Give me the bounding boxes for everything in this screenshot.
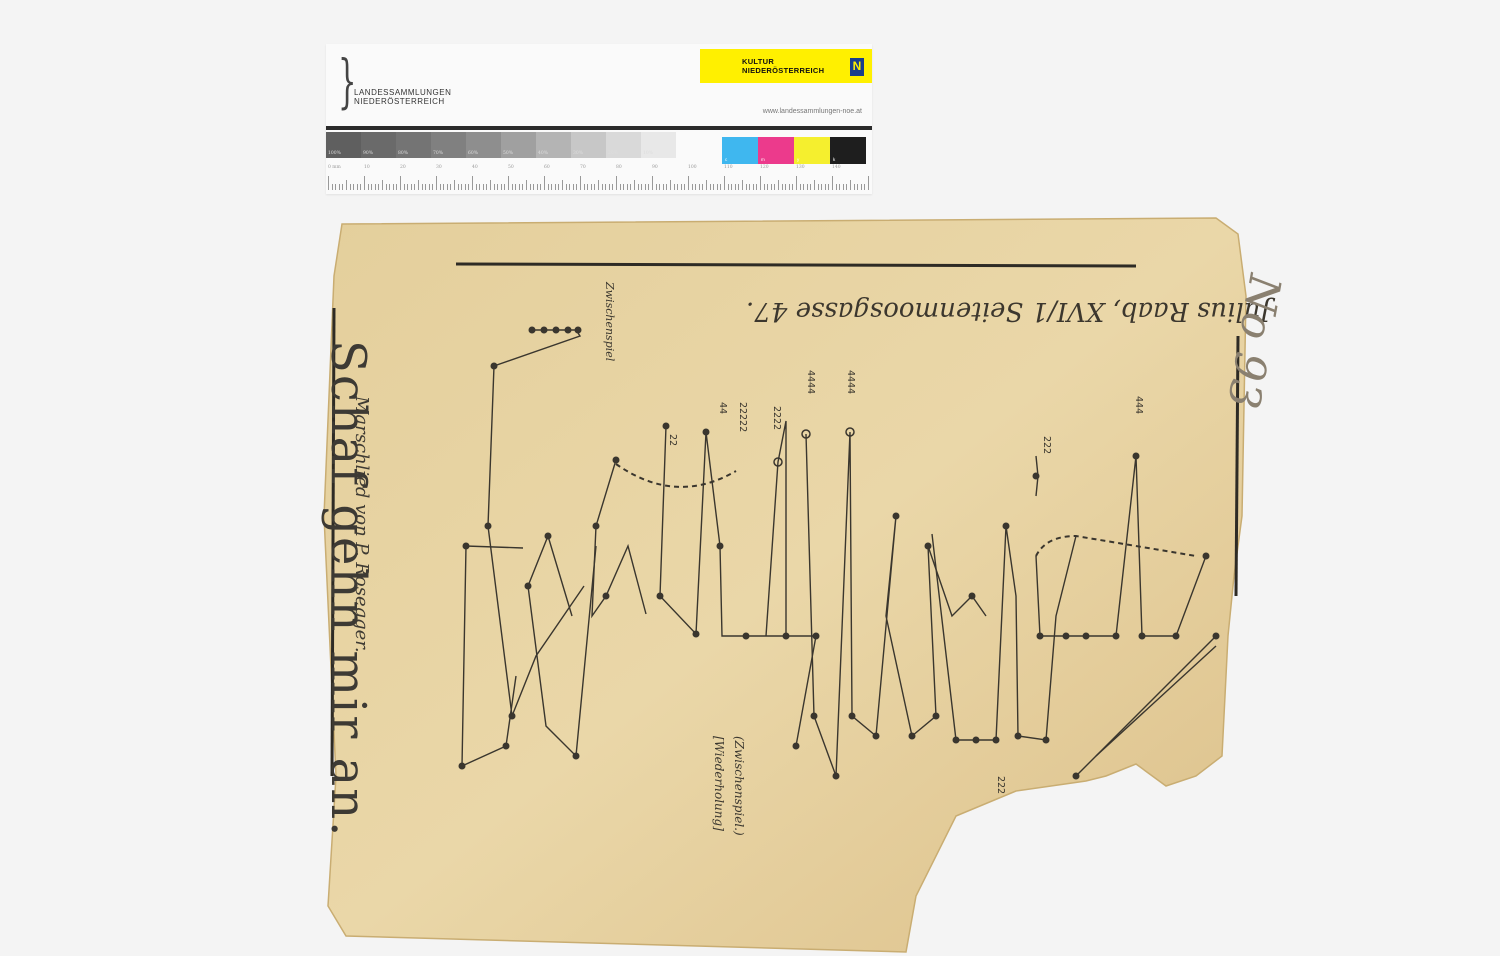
ruler-tick — [332, 184, 333, 190]
music-sheet: Schaf gehn mir an. Marschlied von P. Ros… — [316, 216, 1260, 956]
ruler-tick — [530, 184, 531, 190]
ruler-tick — [544, 176, 545, 190]
ruler-tick — [836, 184, 837, 190]
ruler-tick — [432, 184, 433, 190]
fingering-digits: 4444 — [805, 370, 816, 394]
ruler-tick — [666, 184, 667, 190]
ruler-tick — [425, 184, 426, 190]
ruler-tick — [458, 184, 459, 190]
ruler-tick — [720, 184, 721, 190]
gray-patch: 50% — [501, 132, 536, 158]
gray-patch-label: 100% — [328, 151, 341, 156]
ruler-tick — [753, 184, 754, 190]
gray-patch-label: 40% — [538, 151, 548, 156]
ruler-tick — [587, 184, 588, 190]
ruler-tick — [814, 180, 815, 190]
ruler-tick — [468, 184, 469, 190]
gray-patch-label: 60% — [468, 151, 478, 156]
ruler-tick — [350, 184, 351, 190]
ruler-tick — [569, 184, 570, 190]
ruler-tick — [591, 184, 592, 190]
ruler-tick — [861, 184, 862, 190]
ruler-tick — [854, 184, 855, 190]
ruler-tick — [357, 184, 358, 190]
ruler-tick — [864, 184, 865, 190]
ruler-tick — [533, 184, 534, 190]
fingering-digits: 44 — [717, 402, 728, 414]
ruler-tick — [555, 184, 556, 190]
ruler-tick — [328, 176, 329, 190]
brand-banner: KULTUR NIEDERÖSTERREICH N — [700, 49, 872, 83]
ruler-tick — [450, 184, 451, 190]
ruler-tick — [832, 176, 833, 190]
ruler-tick — [699, 184, 700, 190]
repeat-note: [Wiederholung] — [712, 736, 726, 831]
ruler-tick — [461, 184, 462, 190]
ruler-label: 110 — [724, 165, 733, 170]
ruler-tick — [580, 176, 581, 190]
ruler-tick — [641, 184, 642, 190]
ruler-tick — [519, 184, 520, 190]
ruler-tick — [702, 184, 703, 190]
noe-logo-icon: N — [850, 58, 864, 76]
ruler-tick — [717, 184, 718, 190]
ruler-tick — [386, 184, 387, 190]
ruler-tick — [764, 184, 765, 190]
ruler-tick — [774, 184, 775, 190]
cmyk-patches: cmyk — [722, 137, 866, 164]
ruler-tick — [454, 180, 455, 190]
ruler-tick — [735, 184, 736, 190]
ruler-tick — [742, 180, 743, 190]
fingering-digits: 2222 — [771, 406, 782, 430]
fingering-digits: 22 — [667, 434, 678, 446]
ruler-label: 90 — [652, 165, 658, 170]
interlude-label-top: Zwischenspiel — [603, 282, 616, 361]
ruler-label: 20 — [400, 165, 406, 170]
ruler-tick — [602, 184, 603, 190]
ruler-tick — [371, 184, 372, 190]
ruler-tick — [627, 184, 628, 190]
ruler-tick — [584, 184, 585, 190]
ruler-tick — [540, 184, 541, 190]
ruler-tick — [677, 184, 678, 190]
ruler-tick — [407, 184, 408, 190]
ruler-tick — [443, 184, 444, 190]
ruler-tick — [360, 184, 361, 190]
ruler-tick — [843, 184, 844, 190]
ruler-tick — [760, 176, 761, 190]
ruler-tick — [609, 184, 610, 190]
gray-scale-patches: 100%90%80%70%60%50%40%30%20%10% — [326, 132, 676, 158]
ruler-label: 0 mm — [328, 165, 341, 170]
color-calibration-card: } LANDESSAMMLUNGEN NIEDERÖSTERREICH KULT… — [326, 44, 872, 194]
divider-bar — [326, 126, 872, 130]
ruler-tick — [789, 184, 790, 190]
ruler-tick — [645, 184, 646, 190]
ruler-tick — [429, 184, 430, 190]
ruler-tick — [400, 176, 401, 190]
ruler-tick — [839, 184, 840, 190]
org-name-line1: LANDESSAMMLUNGEN — [354, 88, 451, 97]
ruler-tick — [476, 184, 477, 190]
gray-patch: 80% — [396, 132, 431, 158]
ruler-tick — [749, 184, 750, 190]
ruler-tick — [670, 180, 671, 190]
ruler-label: 120 — [760, 165, 769, 170]
ruler-tick — [674, 184, 675, 190]
ruler-tick — [494, 184, 495, 190]
ruler-tick — [440, 184, 441, 190]
gray-patch-label: 50% — [503, 151, 513, 156]
ruler-tick — [620, 184, 621, 190]
ruler-label: 30 — [436, 165, 442, 170]
ruler-tick — [800, 184, 801, 190]
gray-patch: 20% — [606, 132, 641, 158]
ruler-tick — [692, 184, 693, 190]
ruler-tick — [504, 184, 505, 190]
website-url: www.landessammlungen-noe.at — [763, 108, 862, 115]
gray-patch-label: 30% — [573, 151, 583, 156]
ruler-tick — [411, 184, 412, 190]
cmyk-patch: y — [794, 137, 830, 164]
ruler-label: 100 — [688, 165, 697, 170]
ruler-tick — [821, 184, 822, 190]
ruler-label: 10 — [364, 165, 370, 170]
fingering-digits: 22222 — [737, 402, 748, 432]
ruler-tick — [771, 184, 772, 190]
org-name: LANDESSAMMLUNGEN NIEDERÖSTERREICH — [354, 88, 451, 106]
ruler-tick — [526, 180, 527, 190]
ruler-tick — [688, 176, 689, 190]
ruler-tick — [566, 184, 567, 190]
ruler-tick — [659, 184, 660, 190]
ruler-tick — [346, 180, 347, 190]
ruler-tick — [803, 184, 804, 190]
ruler-tick — [508, 176, 509, 190]
sheet-paper-shape — [316, 216, 1260, 956]
ruler-tick — [436, 176, 437, 190]
ruler-tick — [807, 184, 808, 190]
ruler-label: 140 — [832, 165, 841, 170]
gray-patch: 30% — [571, 132, 606, 158]
ruler-tick — [767, 184, 768, 190]
ruler-tick — [792, 184, 793, 190]
ruler-tick — [418, 180, 419, 190]
ruler-tick — [335, 184, 336, 190]
ruler-tick — [663, 184, 664, 190]
ruler-tick — [818, 184, 819, 190]
ruler-tick — [342, 184, 343, 190]
ruler-tick — [756, 184, 757, 190]
ruler-tick — [389, 184, 390, 190]
ruler-tick — [623, 184, 624, 190]
ruler-tick — [638, 184, 639, 190]
gray-patch-label: 20% — [608, 151, 618, 156]
gray-patch-label: 80% — [398, 151, 408, 156]
cmyk-patch: k — [830, 137, 866, 164]
ruler-label: 80 — [616, 165, 622, 170]
ruler-tick — [558, 184, 559, 190]
ruler-tick — [537, 184, 538, 190]
ruler-tick — [850, 180, 851, 190]
ruler-tick — [731, 184, 732, 190]
ruler-tick — [562, 180, 563, 190]
cmyk-patch: m — [758, 137, 794, 164]
ruler-tick — [648, 184, 649, 190]
ruler-tick — [382, 180, 383, 190]
owner-inscription: Julius Raab, XVI/1 Seitenmoosgasse 47. — [746, 296, 1271, 326]
ruler-tick — [782, 184, 783, 190]
ruler-tick — [713, 184, 714, 190]
ruler-tick — [573, 184, 574, 190]
ruler-tick — [738, 184, 739, 190]
gray-patch: 60% — [466, 132, 501, 158]
ruler-tick — [746, 184, 747, 190]
ruler-tick — [339, 184, 340, 190]
ruler-tick — [548, 184, 549, 190]
ruler-tick — [857, 184, 858, 190]
ruler-tick — [710, 184, 711, 190]
ruler-tick — [778, 180, 779, 190]
ruler-tick — [364, 176, 365, 190]
ruler-tick — [551, 184, 552, 190]
ruler-label: 40 — [472, 165, 478, 170]
ruler-label: 50 — [508, 165, 514, 170]
ruler-tick — [472, 176, 473, 190]
gray-patch: 100% — [326, 132, 361, 158]
ruler-tick — [353, 184, 354, 190]
ruler-tick — [868, 176, 869, 190]
ruler-tick — [522, 184, 523, 190]
ruler-tick — [695, 184, 696, 190]
ruler-tick — [634, 180, 635, 190]
ruler-tick — [724, 176, 725, 190]
ruler-tick — [375, 184, 376, 190]
ruler-tick — [605, 184, 606, 190]
ruler-tick — [490, 180, 491, 190]
ruler-tick — [706, 180, 707, 190]
cmyk-patch: c — [722, 137, 758, 164]
ruler-tick — [825, 184, 826, 190]
ruler-tick — [630, 184, 631, 190]
ruler-tick — [486, 184, 487, 190]
ruler-tick — [396, 184, 397, 190]
org-name-line2: NIEDERÖSTERREICH — [354, 97, 451, 106]
ruler-tick — [684, 184, 685, 190]
ruler-label: 130 — [796, 165, 805, 170]
ruler-tick — [465, 184, 466, 190]
ruler-tick — [594, 184, 595, 190]
ruler-tick — [368, 184, 369, 190]
gray-patch: 10% — [641, 132, 676, 158]
gray-patch-label: 70% — [433, 151, 443, 156]
ruler-tick — [576, 184, 577, 190]
ruler-tick — [378, 184, 379, 190]
fingering-digits: 444 — [1133, 396, 1144, 414]
ruler-tick — [414, 184, 415, 190]
ruler-tick — [512, 184, 513, 190]
ruler-tick — [810, 184, 811, 190]
ruler-tick — [652, 176, 653, 190]
ruler-tick — [497, 184, 498, 190]
gray-patch-label: 10% — [643, 151, 653, 156]
ruler-tick — [785, 184, 786, 190]
ruler-tick — [598, 180, 599, 190]
ruler-tick — [828, 184, 829, 190]
brand-line2: NIEDERÖSTERREICH — [742, 66, 824, 75]
gray-patch: 70% — [431, 132, 466, 158]
ruler-tick — [422, 184, 423, 190]
ruler-tick — [846, 184, 847, 190]
ruler-tick — [681, 184, 682, 190]
ruler-tick — [656, 184, 657, 190]
ruler-tick — [796, 176, 797, 190]
brand-line1: KULTUR — [742, 57, 824, 66]
ruler-tick — [612, 184, 613, 190]
ruler-tick — [479, 184, 480, 190]
ruler-label: 70 — [580, 165, 586, 170]
fingering-digits: 4444 — [845, 370, 856, 394]
interlude-note: (Zwischenspiel.) — [732, 736, 746, 836]
ruler-tick — [404, 184, 405, 190]
gray-patch: 40% — [536, 132, 571, 158]
ruler-tick — [515, 184, 516, 190]
ruler-tick — [616, 176, 617, 190]
ruler-tick — [483, 184, 484, 190]
song-subtitle: Marschlied von P. Rosegger. — [351, 396, 372, 653]
fingering-digits: 222 — [1041, 436, 1052, 454]
ruler-label: 60 — [544, 165, 550, 170]
gray-patch: 90% — [361, 132, 396, 158]
gray-patch-label: 90% — [363, 151, 373, 156]
fingering-digits: 222 — [995, 776, 1006, 794]
ruler-tick — [501, 184, 502, 190]
mm-ruler: 0 mm102030405060708090100110120130140 — [326, 162, 872, 192]
ruler-tick — [728, 184, 729, 190]
ruler-tick — [393, 184, 394, 190]
ruler-tick — [447, 184, 448, 190]
